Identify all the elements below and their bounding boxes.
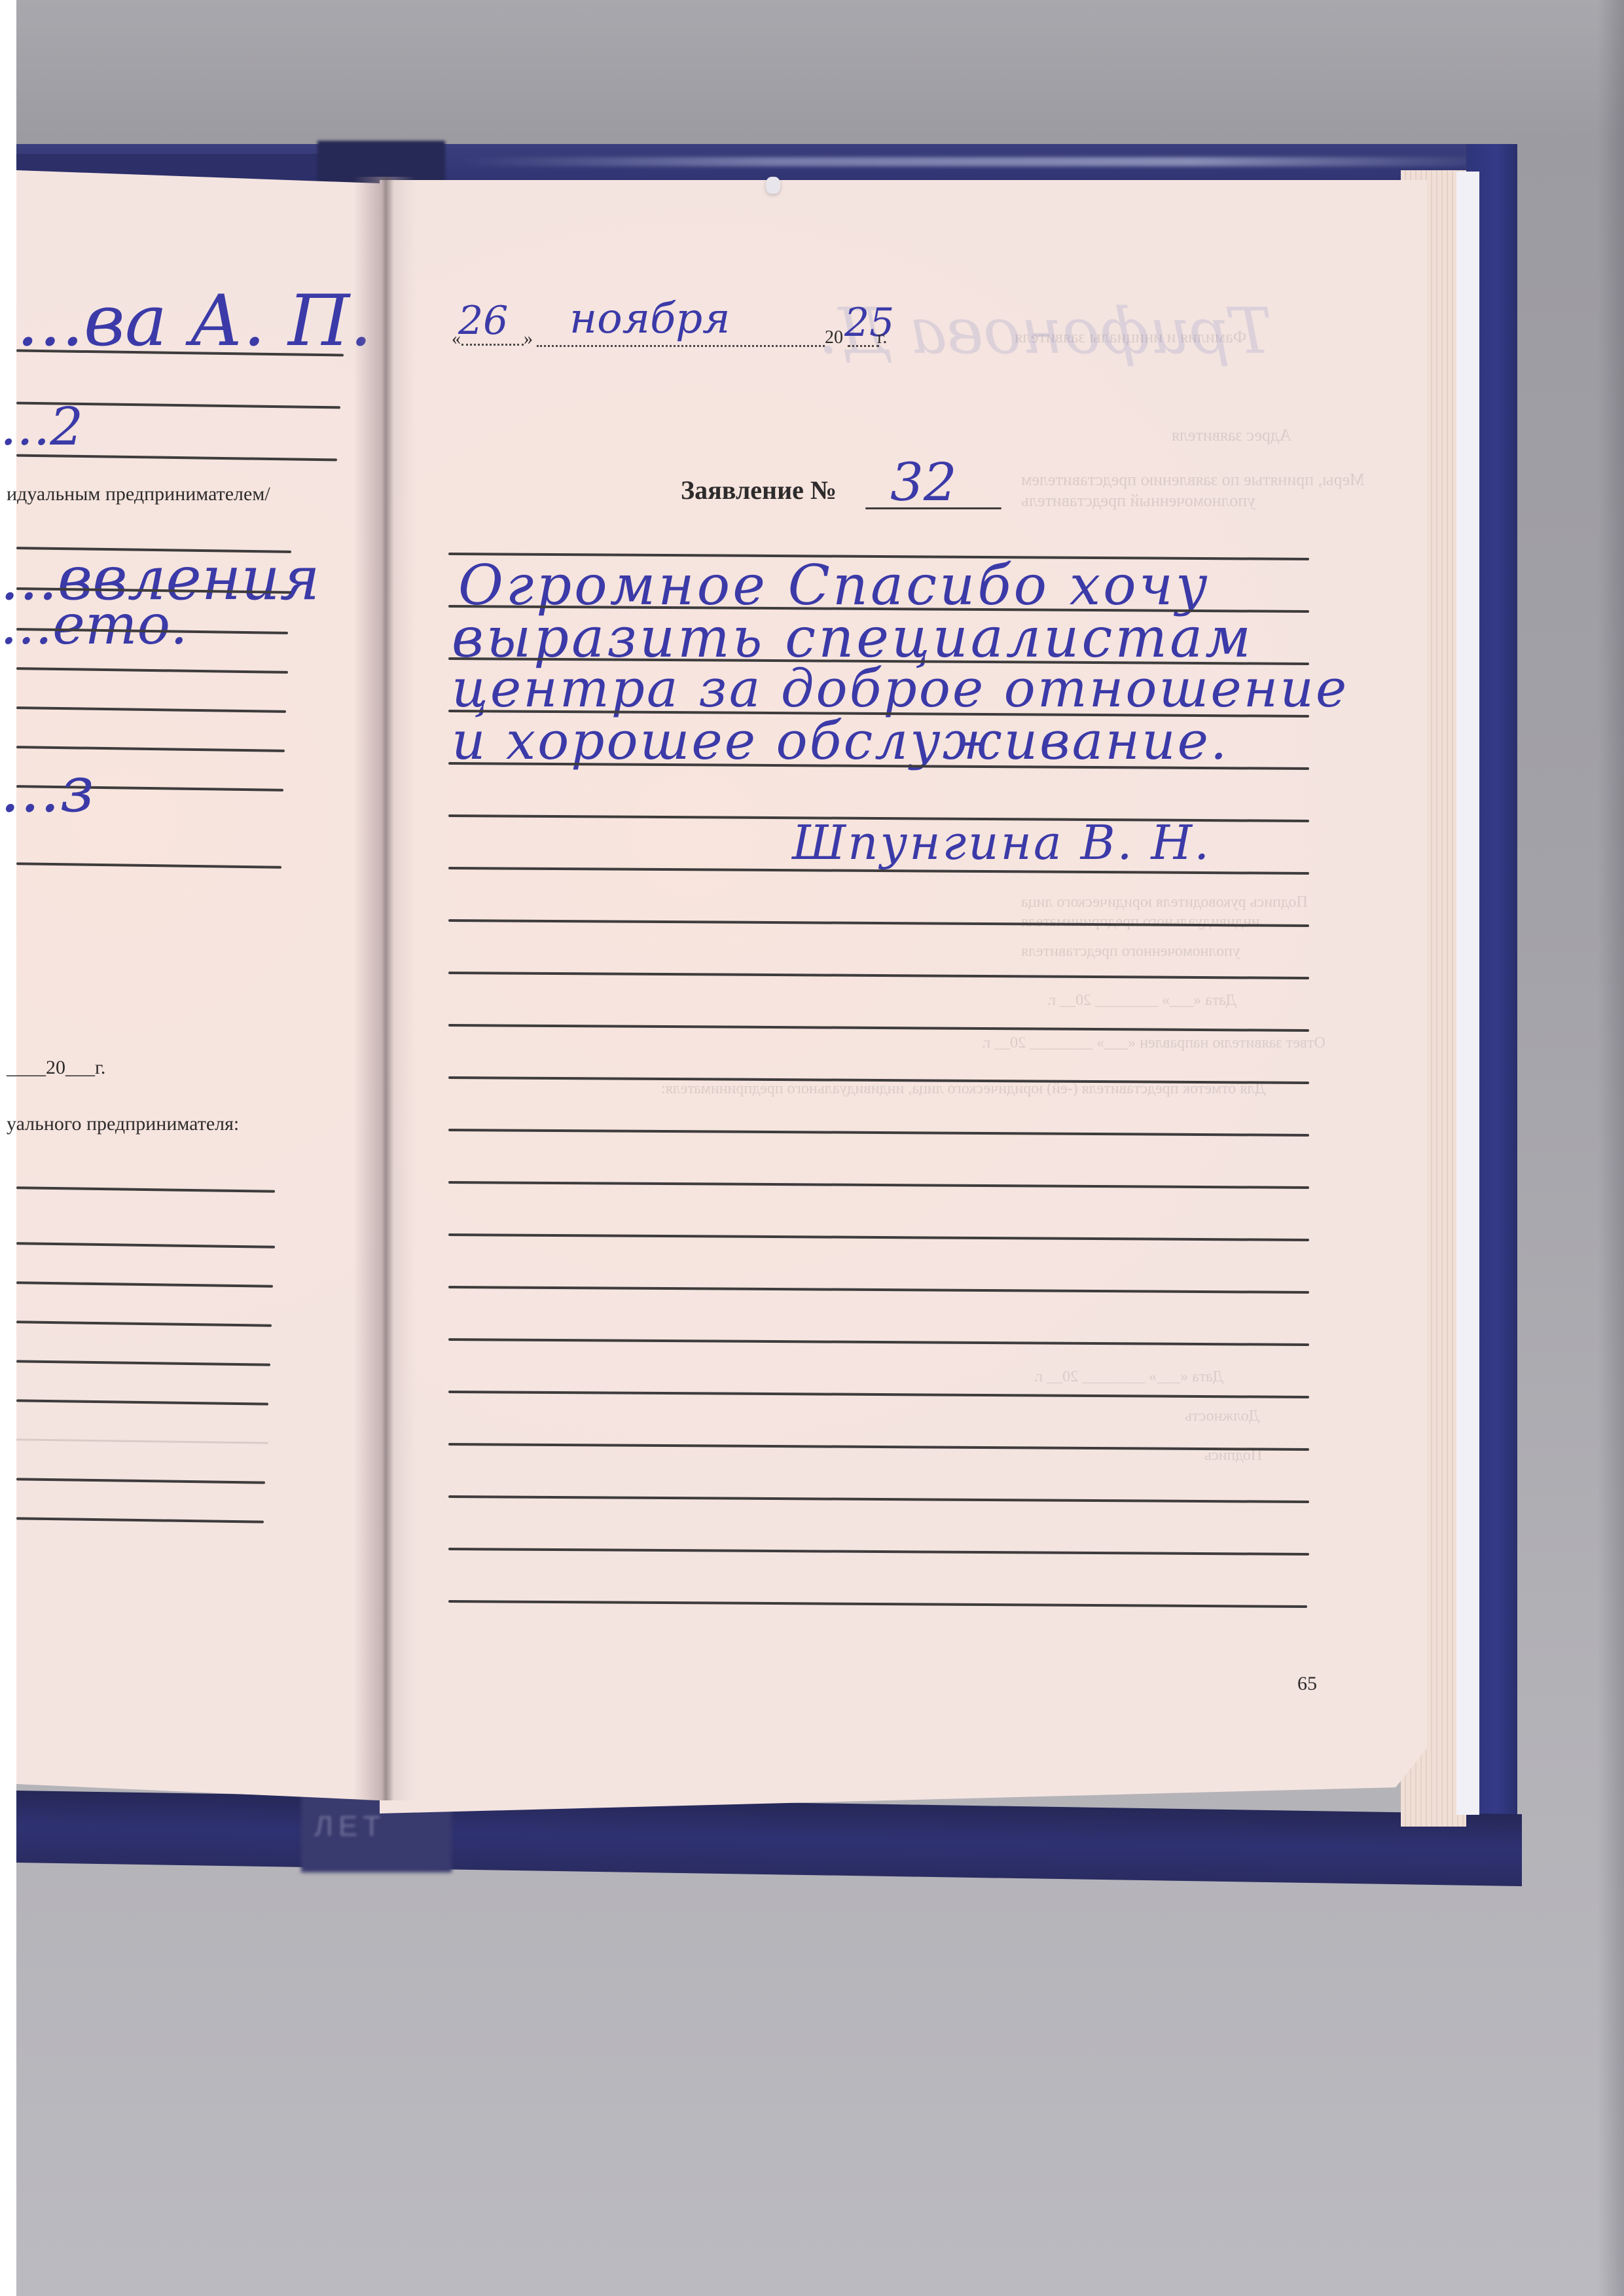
spine-text: ЛЕТ — [314, 1810, 386, 1843]
body-line-4[interactable]: и хорошее обслуживание. — [452, 710, 1229, 771]
left-printed-date-template: ____20___г. — [7, 1057, 105, 1079]
left-handwriting-line5: ...з — [0, 753, 94, 826]
endpaper-sheet — [1456, 172, 1479, 1815]
date-month-underline — [537, 345, 825, 347]
date-month[interactable]: ноября — [569, 295, 730, 343]
scan-edge-shadow — [1598, 0, 1624, 2296]
bleed-text: Должность — [1185, 1408, 1259, 1425]
bleed-text: Дата «___» ________ 20__ г. — [1034, 1368, 1223, 1386]
bleed-text: уполномоченный представитель — [1021, 491, 1255, 511]
bleed-text: Подпись руководителя юридического лица — [1021, 894, 1308, 911]
statement-number[interactable]: 32 — [890, 452, 957, 513]
page-number: 65 — [1297, 1673, 1317, 1695]
bleed-text: уполномоченного представителя — [1021, 943, 1240, 960]
date-close-quote: » — [524, 329, 533, 350]
date-year-mark: г. — [877, 327, 887, 348]
date-year-prefix: 20 — [825, 327, 843, 348]
left-printed-entity-label: идуальным предпринимателем/ — [7, 483, 270, 505]
bleed-text: индивидуального предпринимателя — [1021, 913, 1260, 931]
bleed-text: Меры, принятые по заявлению представител… — [1021, 470, 1365, 490]
signature[interactable]: Шпунгина В. Н. — [792, 815, 1211, 870]
book-gutter — [353, 177, 416, 1800]
page-fold-mark — [766, 177, 780, 194]
bleed-text: Адрес заявителя — [1172, 426, 1291, 445]
date-day[interactable]: 26 — [458, 298, 508, 344]
left-handwriting-line2: ...2 — [0, 396, 83, 457]
bleed-text: Ответ заявителю направлен «___» ________… — [982, 1034, 1326, 1052]
cover-gloss — [458, 157, 1506, 166]
statement-label: Заявление № — [681, 475, 837, 505]
left-handwriting-line4: ...ето. — [0, 592, 188, 657]
date-day-underline — [461, 344, 524, 346]
bleed-text: Дата «___» ________ 20__ г. — [1047, 992, 1236, 1010]
left-printed-signature-label: уального предпринимателя: — [7, 1113, 239, 1135]
